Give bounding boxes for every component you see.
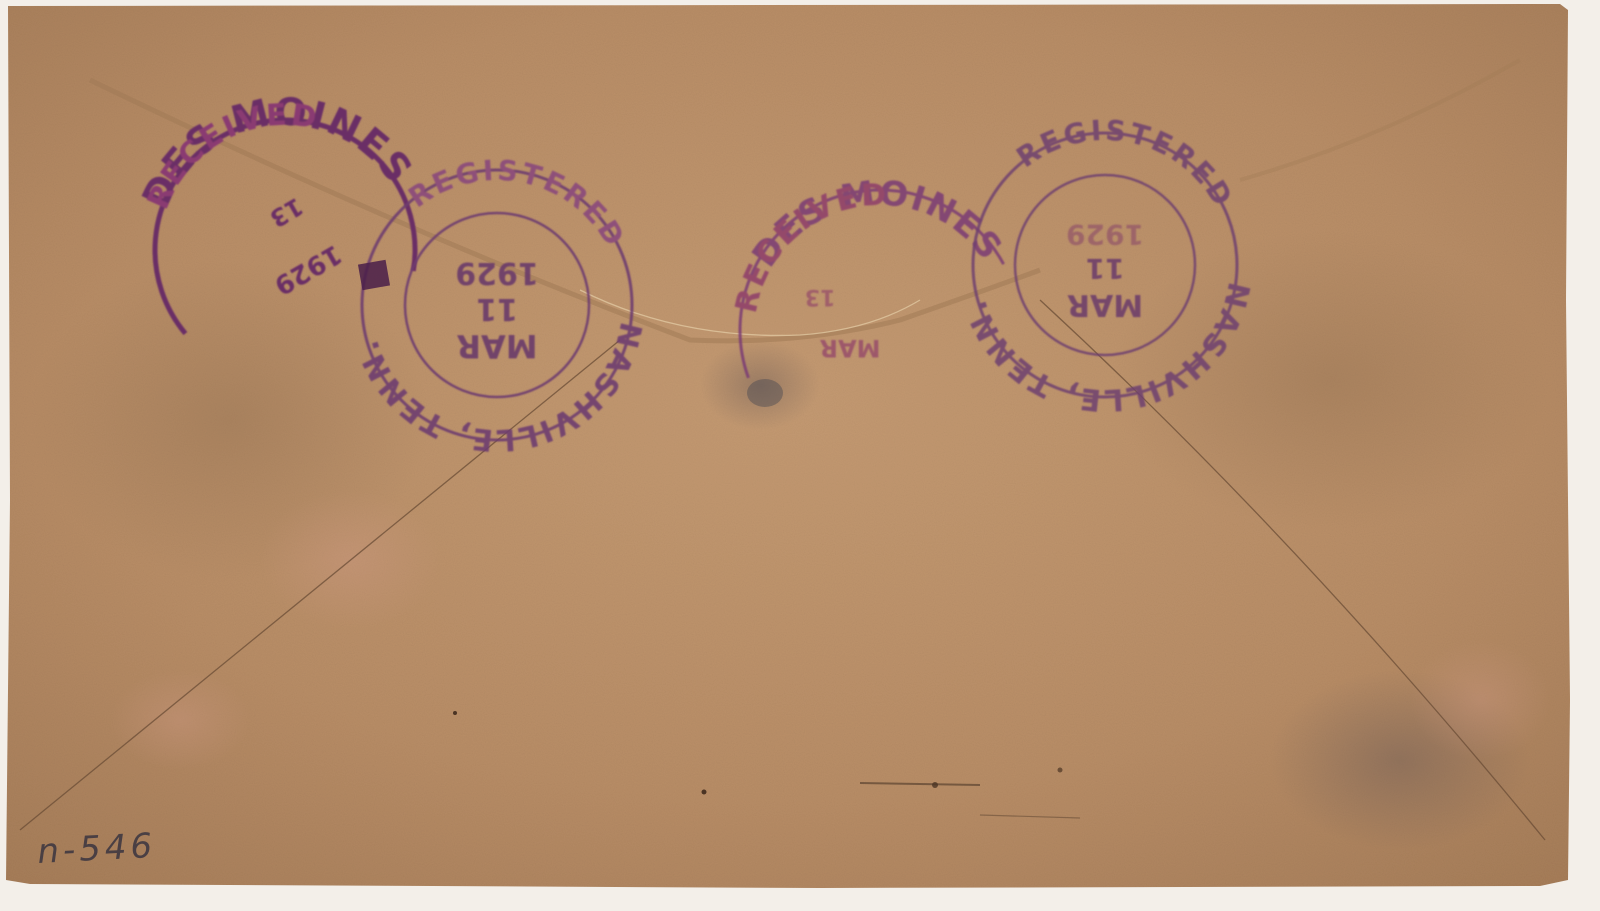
envelope-photo: DES MOINES RECEIVED 1929 13 NASHVILLE, T… [0, 0, 1600, 911]
svg-text:11: 11 [1086, 252, 1125, 285]
svg-text:1929: 1929 [455, 255, 539, 290]
svg-text:MAR: MAR [820, 334, 881, 362]
svg-text:13: 13 [805, 284, 836, 309]
handwritten-note: n-546 [36, 826, 157, 872]
envelope-back: DES MOINES RECEIVED 1929 13 NASHVILLE, T… [0, 0, 1600, 911]
svg-text:1929: 1929 [1066, 218, 1144, 251]
svg-text:11: 11 [476, 291, 518, 326]
svg-text:MAR: MAR [456, 327, 537, 365]
svg-text:MAR: MAR [1067, 287, 1143, 322]
